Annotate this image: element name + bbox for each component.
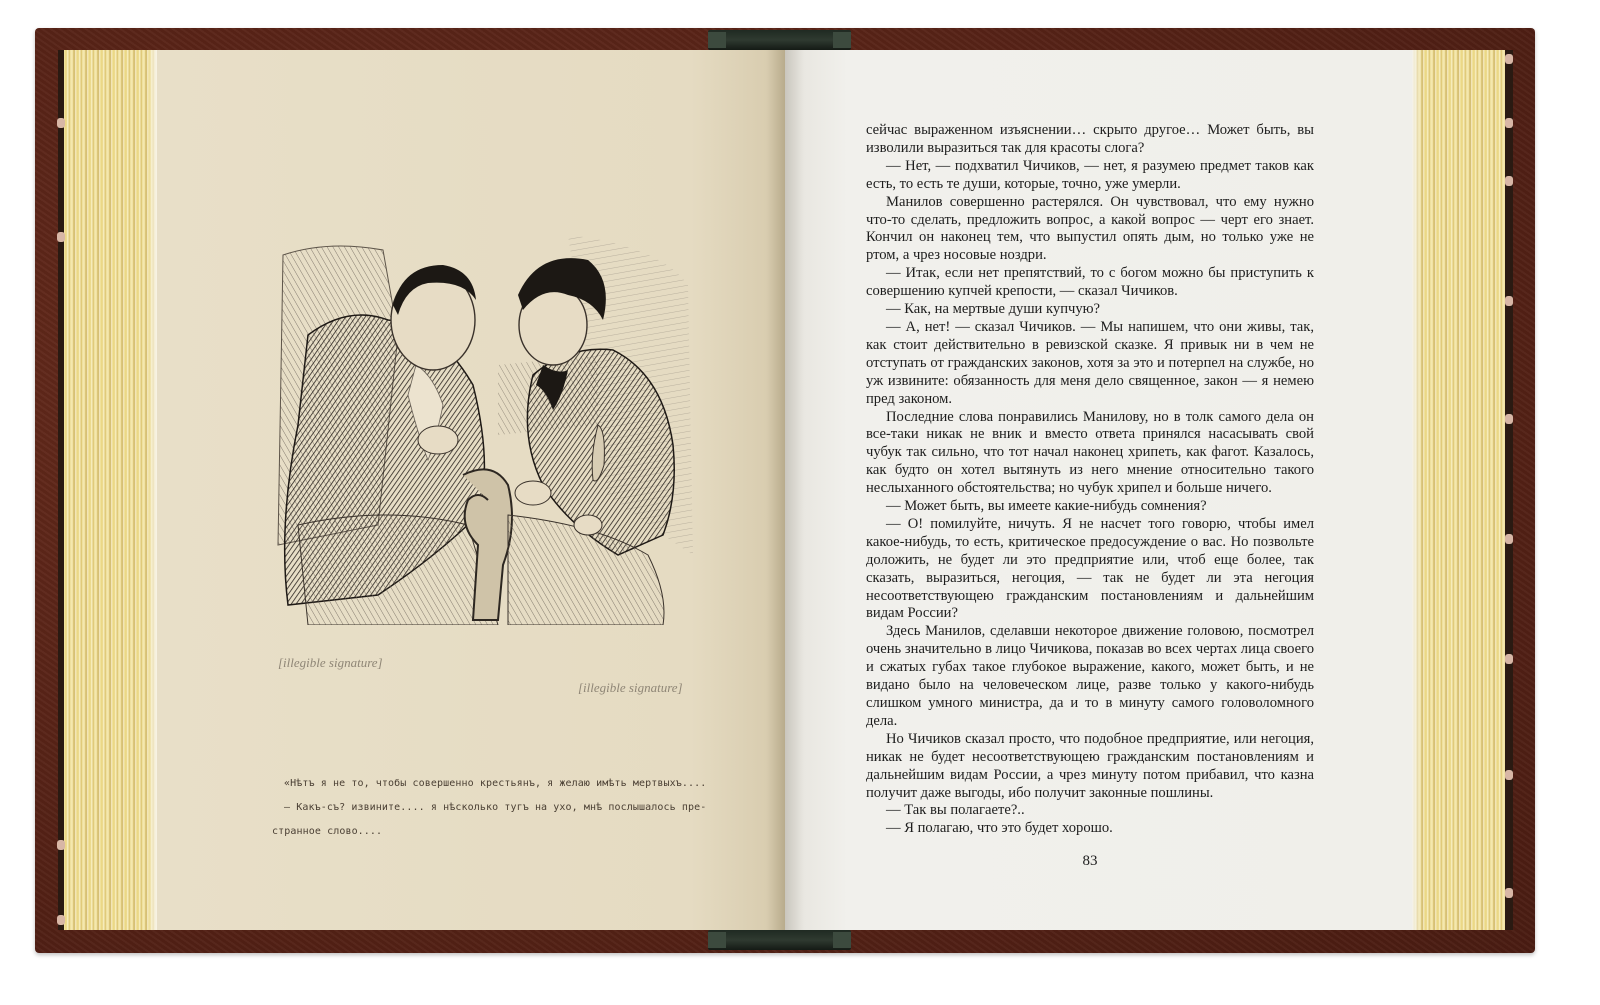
- cover-stud-icon: [57, 118, 65, 128]
- artist-signature-right: [illegible signature]: [578, 680, 683, 696]
- paragraph: — О! помилуйте, ничуть. Я не насчет того…: [866, 516, 1314, 623]
- cover-stud-icon: [1505, 54, 1513, 64]
- paragraph: Манилов совершенно растерялся. Он чувств…: [866, 194, 1314, 266]
- cover-stud-icon: [57, 915, 65, 925]
- caption-line: странное слово....: [272, 820, 717, 844]
- caption-line: — Какъ-съ? извините.... я нѣсколько тугъ…: [272, 796, 717, 820]
- cover-stud-icon: [1505, 888, 1513, 898]
- paragraph: — Так вы полагаете?..: [866, 802, 1314, 820]
- paragraph: Последние слова понравились Манилову, но…: [866, 409, 1314, 499]
- paragraph: Но Чичиков сказал просто, что подобное п…: [866, 731, 1314, 803]
- paragraph: — Я полагаю, что это будет хорошо.: [866, 820, 1314, 838]
- artist-signature-left: [illegible signature]: [278, 655, 383, 671]
- caption-line: «Нѣтъ я не то, чтобы совершенно крестьян…: [272, 772, 717, 796]
- cover-stud-icon: [57, 840, 65, 850]
- paragraph: — Как, на мертвые души купчую?: [866, 301, 1314, 319]
- paragraph: — Итак, если нет препятствий, то с богом…: [866, 265, 1314, 301]
- paragraph: Здесь Манилов, сделавши некоторое движен…: [866, 623, 1314, 730]
- cover-stud-icon: [1505, 176, 1513, 186]
- gilt-page-edges-right: [1412, 50, 1505, 930]
- engraving-illustration: [268, 225, 698, 625]
- illustration-caption: «Нѣтъ я не то, чтобы совершенно крестьян…: [272, 772, 717, 844]
- cover-stud-icon: [1505, 770, 1513, 780]
- paragraph: — Может быть, вы имеете какие-нибудь сом…: [866, 498, 1314, 516]
- cover-stud-icon: [1505, 534, 1513, 544]
- body-text: сейчас выраженном изъяснении… скрыто дру…: [866, 122, 1314, 838]
- cover-stud-icon: [1505, 654, 1513, 664]
- gilt-page-edges-left: [64, 50, 157, 930]
- cover-stud-icon: [57, 232, 65, 242]
- spine-headband-bottom: [708, 930, 851, 950]
- spine-headband-top: [708, 30, 851, 50]
- cover-stud-icon: [1505, 414, 1513, 424]
- paragraph: — А, нет! — сказал Чичиков. — Мы напишем…: [866, 319, 1314, 409]
- cover-stud-icon: [1505, 118, 1513, 128]
- paragraph: — Нет, — подхватил Чичиков, — нет, я раз…: [866, 158, 1314, 194]
- cover-stud-icon: [1505, 296, 1513, 306]
- paragraph: сейчас выраженном изъяснении… скрыто дру…: [866, 122, 1314, 158]
- page-number: 83: [1070, 853, 1110, 870]
